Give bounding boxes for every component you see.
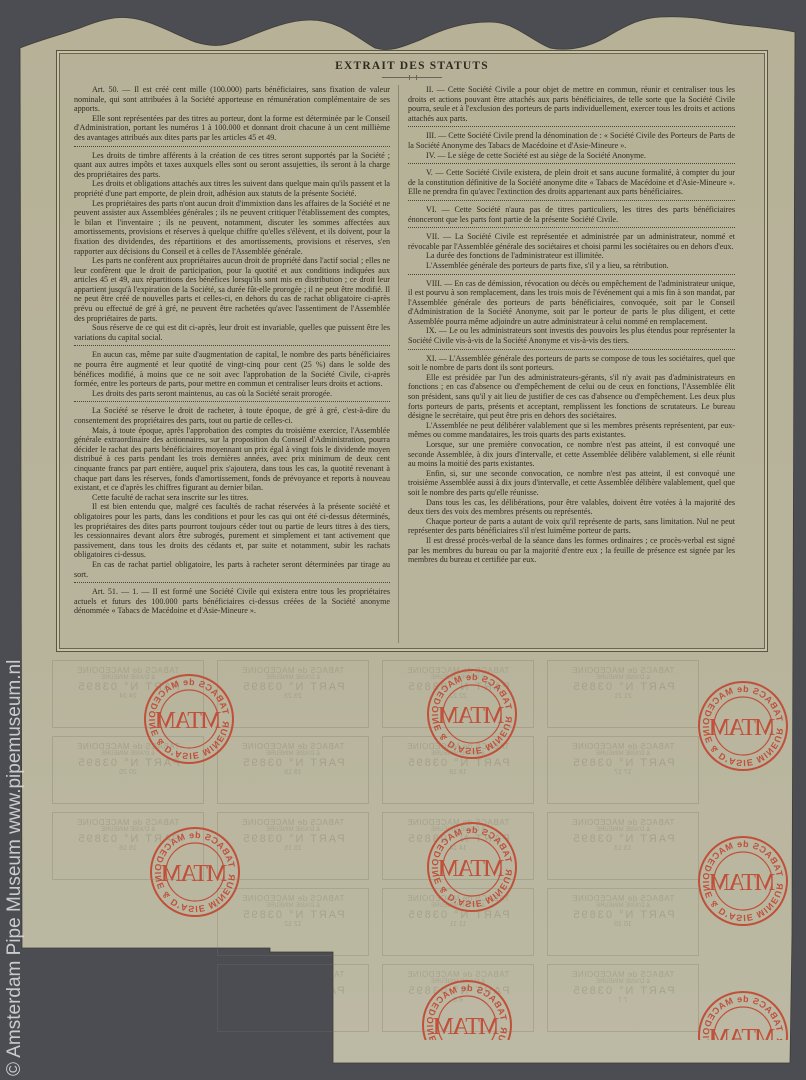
svg-text:MTAM: MTAM: [709, 1025, 775, 1040]
statute-paragraph: L'Assemblée générale des porteurs de par…: [408, 261, 735, 271]
title-ornament: [382, 77, 442, 78]
coupon: TABACS de MACEDOINE& D'ASIE MINEUREPART …: [547, 964, 699, 1032]
svg-text:MTAM: MTAM: [438, 856, 504, 882]
coupon: TABACS de MACEDOINE& D'ASIE MINEUREPART …: [547, 736, 699, 804]
statute-paragraph: IX. — Le ou les administrateurs sont inv…: [408, 326, 735, 345]
coupon: TABACS de MACEDOINE& D'ASIE MINEUREPART …: [217, 964, 369, 1032]
statute-paragraph: L'Assemblée ne peut délibérer valablemen…: [408, 421, 735, 440]
coupon: TABACS de MACEDOINE& D'ASIE MINEUREPART …: [547, 660, 699, 728]
coupon: TABACS de MACEDOINE& D'ASIE MINEUREPART …: [547, 888, 699, 956]
statute-paragraph: Cette faculté de rachat sera inscrite su…: [74, 493, 390, 503]
dotted-separator: [408, 349, 735, 350]
statute-paragraph: Il est bien entendu que, malgré ces facu…: [74, 502, 390, 560]
statute-paragraph: Les parts ne confèrent aux propriétaires…: [74, 256, 390, 323]
statute-paragraph: VII. — La Société Civile est représentée…: [408, 232, 735, 251]
statute-paragraph: En aucun cas, même par suite d'augmentat…: [74, 350, 390, 388]
company-seal-stamp: TABACS de MACEDOINE & D'ASIE MINEURE +MT…: [426, 668, 518, 760]
coupon: TABACS de MACEDOINE& D'ASIE MINEUREPART …: [217, 660, 369, 728]
svg-text:MTAM: MTAM: [155, 708, 221, 734]
statute-paragraph: Enfin, si, sur une seconde convocation, …: [408, 469, 735, 498]
svg-text:MTAM: MTAM: [433, 1014, 499, 1040]
statute-paragraph: V. — Cette Société Civile existera, de p…: [408, 168, 735, 197]
statute-paragraph: Mais, à toute époque, après l'approbatio…: [74, 426, 390, 493]
dotted-separator: [408, 163, 735, 164]
statute-paragraph: Art. 50. — Il est créé cent mille (100.0…: [74, 85, 390, 114]
statute-paragraph: XI. — L'Assemblée générale des porteurs …: [408, 354, 735, 373]
statute-paragraph: VI. — Cette Société n'aura pas de titres…: [408, 205, 735, 224]
dotted-separator: [74, 582, 390, 583]
company-seal-stamp: TABACS de MACEDOINE & D'ASIE MINEURE +MT…: [421, 979, 513, 1040]
statute-paragraph: Elle sont représentées par des titres au…: [74, 114, 390, 143]
column-divider: [398, 85, 399, 643]
statutes-frame: EXTRAIT DES STATUTS Art. 50. — Il est cr…: [56, 50, 768, 652]
statute-paragraph: Chaque porteur de parts a autant de voix…: [408, 517, 735, 536]
right-column: II. — Cette Société Civile a pour objet …: [408, 85, 735, 565]
statute-paragraph: III. — Cette Société Civile prend la dén…: [408, 131, 735, 150]
coupon: TABACS de MACEDOINE& D'ASIE MINEUREPART …: [547, 812, 699, 880]
svg-text:MTAM: MTAM: [161, 861, 227, 887]
company-seal-stamp: TABACS de MACEDOINE & D'ASIE MINEURE +MT…: [697, 990, 793, 1040]
statute-paragraph: IV. — Le siège de cette Société est au s…: [408, 151, 735, 161]
dotted-separator: [408, 126, 735, 127]
left-column: Art. 50. — Il est créé cent mille (100.0…: [74, 85, 390, 616]
statute-paragraph: Les droits des parts seront maintenus, a…: [74, 389, 390, 399]
svg-text:MTAM: MTAM: [709, 715, 775, 741]
statute-paragraph: VIII. — En cas de démission, révocation …: [408, 279, 735, 327]
statute-paragraph: Il est dressé procès-verbal de la séance…: [408, 536, 735, 565]
dotted-separator: [408, 227, 735, 228]
copyright-watermark: © Amsterdam Pipe Museum www.pipemuseum.n…: [4, 660, 26, 1076]
statute-paragraph: La durée des fonctions de l'administrate…: [408, 251, 735, 261]
company-seal-stamp: TABACS de MACEDOINE & D'ASIE MINEURE +MT…: [697, 835, 793, 927]
statute-paragraph: Art. 51. — 1. — Il est formé une Société…: [74, 587, 390, 616]
document-title: EXTRAIT DES STATUTS: [57, 60, 767, 72]
company-seal-stamp: TABACS de MACEDOINE & D'ASIE MINEURE +MT…: [143, 673, 235, 765]
statute-paragraph: En cas de rachat partiel obligatoire, le…: [74, 560, 390, 579]
statute-paragraph: Dans tous les cas, les délibérations, po…: [408, 498, 735, 517]
company-seal-stamp: TABACS de MACEDOINE & D'ASIE MINEURE +MT…: [697, 680, 793, 772]
dotted-separator: [74, 401, 390, 402]
svg-text:MTAM: MTAM: [709, 870, 775, 896]
statute-paragraph: La Société se réserve le droit de rachet…: [74, 406, 390, 425]
dotted-separator: [408, 200, 735, 201]
dotted-separator: [74, 345, 390, 346]
statute-paragraph: Lorsque, sur une première convocation, c…: [408, 440, 735, 469]
dotted-separator: [74, 146, 390, 147]
dotted-separator: [408, 274, 735, 275]
company-seal-stamp: TABACS de MACEDOINE & D'ASIE MINEURE +MT…: [426, 821, 518, 913]
statute-paragraph: Les droits et obligations attachés aux t…: [74, 179, 390, 198]
statute-paragraph: II. — Cette Société Civile a pour objet …: [408, 85, 735, 123]
svg-text:MTAM: MTAM: [438, 703, 504, 729]
statute-paragraph: Elle est présidée par l'un des administr…: [408, 373, 735, 421]
company-seal-stamp: TABACS de MACEDOINE & D'ASIE MINEURE +MT…: [149, 826, 241, 918]
statute-paragraph: Sous réserve de ce qui est dit ci-après,…: [74, 323, 390, 342]
coupon: TABACS de MACEDOINE& D'ASIE MINEUREPART …: [217, 736, 369, 804]
statute-paragraph: Les propriétaires des parts n'ont aucun …: [74, 199, 390, 257]
statute-paragraph: Les droits de timbre afférents à la créa…: [74, 151, 390, 180]
